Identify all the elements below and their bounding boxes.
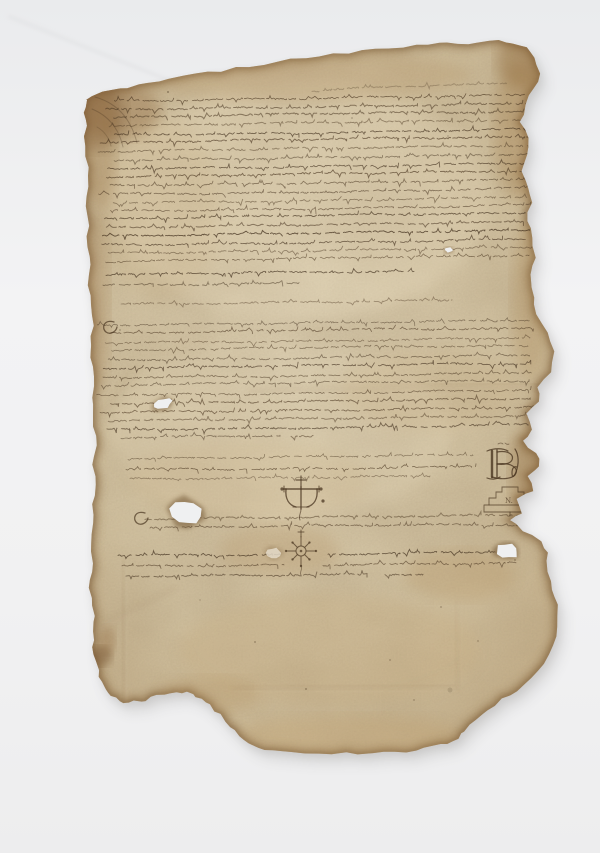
speck (389, 659, 391, 661)
speck (351, 117, 353, 119)
speck (254, 641, 256, 643)
svg-text:N.: N. (505, 497, 513, 505)
speck (199, 599, 201, 601)
stain (405, 550, 515, 600)
speck (413, 699, 415, 701)
speck (514, 559, 516, 561)
speck (119, 329, 121, 331)
manuscript-photo: N. (0, 0, 600, 853)
speck (447, 135, 449, 137)
speck (477, 640, 479, 642)
photo-canvas: N. (0, 0, 600, 853)
stain (130, 440, 370, 520)
speck (167, 91, 169, 93)
speck (440, 606, 442, 608)
